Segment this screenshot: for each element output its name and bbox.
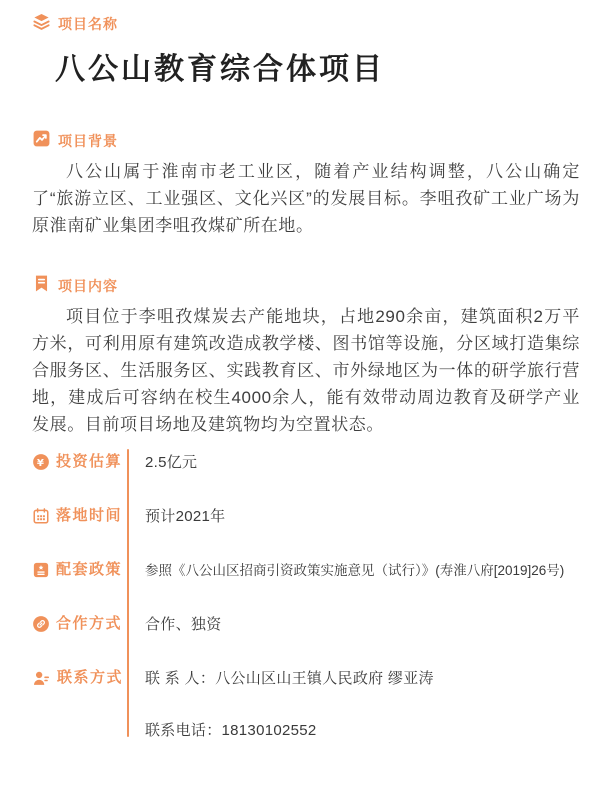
background-header: 项目背景	[32, 130, 580, 152]
contact-value-group: 联 系 人：八公山区山王镇人民政府 缪亚涛 联系电话：18130102552	[127, 668, 434, 741]
policy-label: 配套政策	[56, 560, 122, 580]
project-name-header: 项目名称	[32, 13, 580, 35]
detail-row-schedule: 落地时间 预计2021年	[32, 506, 580, 560]
background-text: 八公山属于淮南市老工业区，随着产业结构调整，八公山确定了“旅游立区、工业强区、文…	[32, 158, 580, 239]
cooperation-value: 合作、独资	[127, 614, 222, 635]
page-title: 八公山教育综合体项目	[55, 50, 580, 90]
project-sheet: 项目名称 八公山教育综合体项目 项目背景 八公山属于淮南市老工业区，随着产业结构…	[0, 0, 612, 741]
investment-label: 投资估算	[56, 452, 122, 472]
investment-value: 2.5亿元	[127, 452, 197, 473]
investment-label-group: ¥ 投资估算	[32, 452, 127, 472]
contact-label: 联系方式	[57, 668, 123, 688]
schedule-label-group: 落地时间	[32, 506, 127, 526]
svg-text:¥: ¥	[37, 458, 45, 469]
detail-list: ¥ 投资估算 2.5亿元	[32, 452, 580, 741]
detail-row-policy: 配套政策 参照《八公山区招商引资政策实施意见（试行）》(寿淮八府[2019]26…	[32, 560, 580, 614]
content-header: 项目内容	[32, 275, 580, 297]
yuan-icon: ¥	[32, 453, 50, 471]
cooperation-label-group: 合作方式	[32, 614, 127, 634]
background-label: 项目背景	[58, 131, 118, 151]
policy-doc-icon	[32, 561, 50, 579]
link-icon	[32, 615, 50, 633]
detail-row-contact: 联系方式 联 系 人：八公山区山王镇人民政府 缪亚涛 联系电话：18130102…	[32, 668, 580, 741]
calendar-icon	[32, 507, 50, 525]
schedule-label: 落地时间	[56, 506, 122, 526]
policy-value: 参照《八公山区招商引资政策实施意见（试行）》(寿淮八府[2019]26号)	[127, 560, 564, 581]
content-text: 项目位于李咀孜煤炭去产能地块，占地290余亩，建筑面积2万平方米，可利用原有建筑…	[32, 303, 580, 438]
trend-chart-icon	[32, 129, 51, 153]
contact-label-group: 联系方式	[32, 668, 127, 688]
contact-phone: 联系电话：18130102552	[145, 721, 434, 741]
contact-person: 联 系 人：八公山区山王镇人民政府 缪亚涛	[145, 669, 434, 689]
schedule-value: 预计2021年	[127, 506, 225, 527]
layers-icon	[32, 12, 51, 36]
contact-person-icon	[32, 669, 51, 688]
policy-label-group: 配套政策	[32, 560, 127, 580]
cooperation-label: 合作方式	[56, 614, 122, 634]
project-name-label: 项目名称	[58, 14, 118, 34]
detail-row-investment: ¥ 投资估算 2.5亿元	[32, 452, 580, 506]
detail-row-cooperation: 合作方式 合作、独资	[32, 614, 580, 668]
bookmark-doc-icon	[32, 274, 51, 298]
content-label: 项目内容	[58, 276, 118, 296]
